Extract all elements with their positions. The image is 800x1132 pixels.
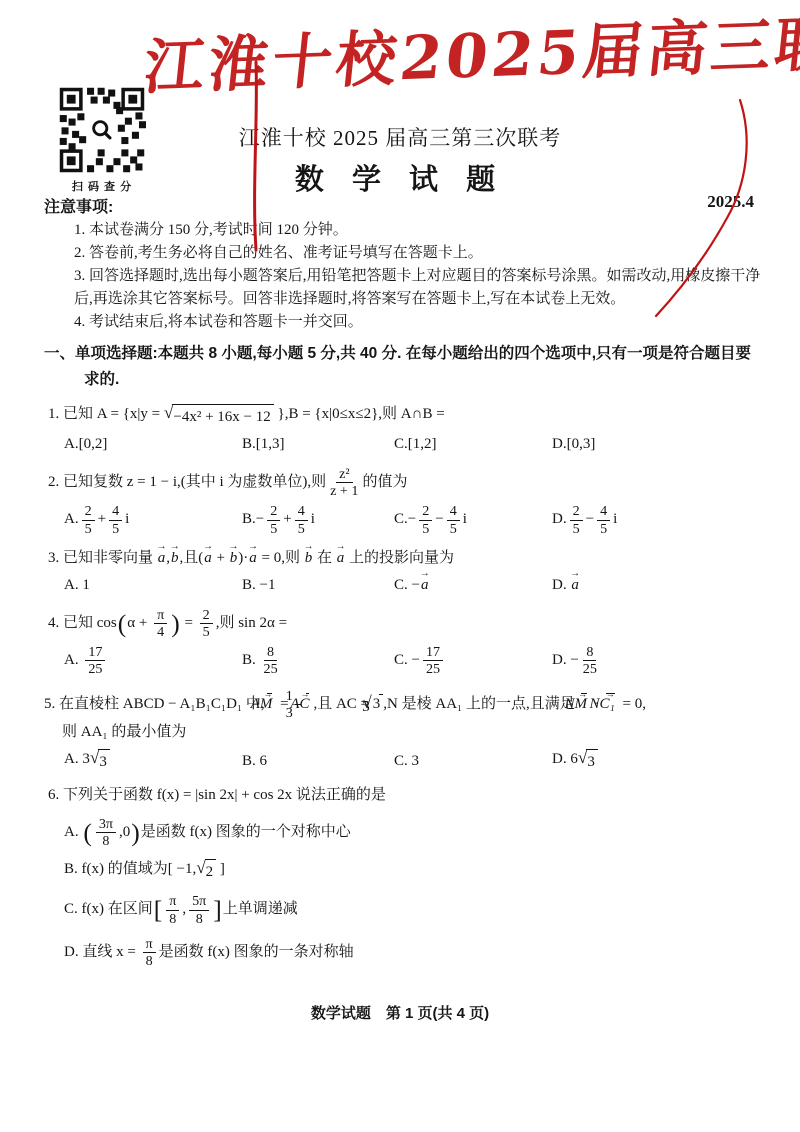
option-d: D. a (552, 574, 762, 597)
q2-stem-post: 的值为 (362, 474, 407, 490)
fraction: 25 (82, 503, 95, 536)
qr-caption: 扫 码 查 分 (52, 176, 152, 199)
denominator: 5 (599, 521, 608, 537)
stem-text: 在 (313, 550, 336, 566)
stem-text: )· (238, 550, 248, 566)
right-bracket: ] (213, 895, 222, 924)
vector-NM: NM (581, 693, 590, 716)
denominator: 5 (84, 521, 93, 537)
denominator: 25 (582, 661, 598, 677)
fraction: 25 (419, 503, 432, 536)
vector-a: a (203, 547, 213, 570)
left-bracket: [ (154, 895, 163, 924)
question-2-options: A.25+45i B.−25+45i C.−25−45i D.25−45i (44, 503, 762, 536)
option-text: 上单调递减 (223, 902, 298, 918)
fraction: 25 (570, 503, 583, 536)
red-handwriting-watermark: 江淮十校2025届高三联考 (141, 8, 800, 104)
suffix: i (125, 512, 129, 528)
denominator: 5 (572, 521, 581, 537)
option-label: D. − (552, 652, 579, 668)
denominator: 8 (145, 953, 154, 969)
paper-body: 注意事项: 1. 本试卷满分 150 分,考试时间 120 分钟。 2. 答卷前… (44, 196, 762, 969)
question-4-options: A. 1725 B. 825 C. −1725 D. −825 (44, 644, 762, 677)
option-text: 是函数 f(x) 图象的一个对称中心 (141, 824, 351, 840)
option-text: ,0 (119, 824, 130, 840)
fraction: 25 (267, 503, 280, 536)
fraction: 3π8 (96, 816, 116, 849)
question-1: 1. 已知 A = {x|y = √−4x² + 16x − 12 },B = … (44, 403, 762, 429)
denominator: 5 (421, 521, 430, 537)
stem-text: α + (127, 615, 151, 631)
option-c: C. −a (394, 574, 552, 597)
sqrt-expression: √−4x² + 16x − 12 (164, 404, 274, 429)
stem-text: 则 AA₁ 的最小值为 (62, 724, 186, 740)
numerator: 2 (200, 607, 213, 624)
fraction: 45 (295, 503, 308, 536)
option-b: B. 825 (242, 644, 394, 677)
fraction: z²z + 1 (329, 466, 359, 499)
fraction: 1725 (85, 644, 105, 677)
q1-stem-post: },B = {x|0≤x≤2},则 A∩B = (274, 406, 445, 422)
sqrt-expression: √3 (90, 749, 110, 774)
radicand: 3 (586, 749, 598, 774)
option-c: C. 3 (394, 750, 552, 773)
numerator: 5π (189, 893, 209, 910)
option-label: D. 6 (552, 751, 578, 767)
notice-item: 3. 回答选择题时,选出每小题答案后,用铅笔把答题卡上对应题目的答案标号涂黑。如… (44, 265, 762, 311)
option-label: C. (394, 512, 408, 528)
right-paren: ) (131, 818, 140, 847)
question-6: 6. 下列关于函数 f(x) = |sin 2x| + cos 2x 说法正确的… (44, 784, 762, 807)
option-b: B. 6 (242, 750, 394, 773)
sqrt-expression: √2 (196, 859, 216, 884)
option-a: A. 3√3 (64, 748, 242, 774)
option-a: A. 1725 (64, 644, 242, 677)
left-paren: ( (118, 609, 127, 638)
denominator: 5 (202, 624, 211, 640)
denominator: 5 (269, 521, 278, 537)
fraction: π8 (166, 893, 179, 926)
numerator: 8 (264, 644, 277, 661)
vector-a: a (420, 574, 430, 597)
option-d: D. 6√3 (552, 748, 762, 774)
option-label: D. (552, 577, 570, 593)
option-a: A.[0,2] (64, 433, 242, 456)
vector-a: a (157, 547, 167, 570)
option-text: B. f(x) 的值域为[ −1, (64, 861, 196, 877)
question-5: 5. 在直棱柱 ABCD − A₁B₁C₁D₁ 中,AM = 13AC,且 AC… (44, 688, 762, 744)
suffix: i (311, 512, 315, 528)
option-label: A. (64, 512, 79, 528)
denominator: z + 1 (329, 483, 359, 499)
denominator: 5 (111, 521, 120, 537)
option-d: D.25−45i (552, 503, 762, 536)
operator: − (586, 512, 594, 528)
exam-paper-page: 江淮十校2025届高三联考 (0, 0, 800, 1132)
numerator: 4 (597, 503, 610, 520)
option-d: D.[0,3] (552, 433, 762, 456)
operator: + (98, 512, 106, 528)
fraction: 825 (582, 644, 598, 677)
question-5-options: A. 3√3 B. 6 C. 3 D. 6√3 (44, 748, 762, 774)
notice-item: 1. 本试卷满分 150 分,考试时间 120 分钟。 (44, 219, 762, 242)
fraction: 1725 (423, 644, 443, 677)
option-text: 是函数 f(x) 图象的一条对称轴 (159, 944, 354, 960)
option-label: A. (64, 824, 82, 840)
numerator: 8 (583, 644, 596, 661)
option-text: C. f(x) 在区间 (64, 902, 153, 918)
fraction: π8 (143, 936, 156, 969)
numerator: 2 (267, 503, 280, 520)
stem-text: ,则 sin 2α = (216, 615, 287, 631)
numerator: 2 (82, 503, 95, 520)
vector-a: a (570, 574, 580, 597)
operator: − (435, 512, 443, 528)
stem-text: 4. 已知 cos (48, 615, 117, 631)
option-text: ] (216, 861, 225, 877)
qr-code-pattern-icon (58, 86, 146, 174)
option-label: C. − (394, 652, 420, 668)
denominator: 25 (263, 661, 279, 677)
sqrt-expression: √3 (578, 749, 598, 774)
denominator: 5 (449, 521, 458, 537)
stem-text: = 0,则 (258, 550, 304, 566)
fraction: 45 (447, 503, 460, 536)
denominator: 8 (168, 911, 177, 927)
option-a: A.25+45i (64, 503, 242, 536)
vector-AM: AM (267, 693, 275, 716)
equals: = (181, 615, 197, 631)
numerator: π (143, 936, 156, 953)
option-b: B.−25+45i (242, 503, 394, 536)
numerator: 3π (96, 816, 116, 833)
option-b: B. −1 (242, 574, 394, 597)
option-label: B. (242, 652, 260, 668)
stem-text: ,N 是棱 AA₁ 上的一点,且满足 (383, 696, 578, 712)
option-label: C. − (394, 577, 420, 593)
denominator: 4 (156, 624, 165, 640)
numerator: 4 (109, 503, 122, 520)
vector-b: b (170, 547, 180, 570)
radicand: 3 (98, 749, 110, 774)
notice-heading: 注意事项: (44, 196, 762, 219)
option-label: A. 3 (64, 751, 90, 767)
question-6-option-b: B. f(x) 的值域为[ −1,√2 ] (44, 858, 762, 884)
option-label: A. (64, 652, 82, 668)
vector-AC: AC (306, 693, 311, 716)
question-6-option-c: C. f(x) 在区间[π8,5π8]上单调递减 (44, 893, 762, 926)
sign: − (256, 512, 264, 528)
question-3: 3. 已知非零向量 a,b,且(a + b)·a = 0,则 b 在 a 上的投… (44, 547, 762, 570)
option-d: D. −825 (552, 644, 762, 677)
numerator: π (166, 893, 179, 910)
section-heading: 一、单项选择题:本题共 8 小题,每小题 5 分,共 40 分. 在每小题给出的… (44, 341, 762, 393)
question-6-option-d: D. 直线 x = π8是函数 f(x) 图象的一条对称轴 (44, 936, 762, 969)
denominator: 8 (195, 911, 204, 927)
suffix: i (613, 512, 617, 528)
numerator: 17 (423, 644, 443, 661)
denominator: 8 (101, 833, 110, 849)
stem-text: 5. 在直棱柱 ABCD − A₁B₁C₁D₁ 中, (44, 696, 265, 712)
question-3-options: A. 1 B. −1 C. −a D. a (44, 574, 762, 597)
vector-b: b (304, 547, 314, 570)
stem-text: 上的投影向量为 (345, 550, 454, 566)
operator: + (283, 512, 291, 528)
numerator: 17 (85, 644, 105, 661)
q1-stem-pre: 1. 已知 A = {x|y = (48, 406, 164, 422)
fraction: 45 (597, 503, 610, 536)
q2-stem-pre: 2. 已知复数 z = 1 − i,(其中 i 为虚数单位),则 (48, 474, 326, 490)
stem-text: = 0, (619, 696, 646, 712)
suffix: i (463, 512, 467, 528)
numerator: π (154, 607, 167, 624)
numerator: z² (336, 466, 352, 483)
notice-item: 4. 考试结束后,将本试卷和答题卡一并交回。 (44, 311, 762, 334)
radicand: 2 (205, 859, 217, 884)
option-a: A. 1 (64, 574, 242, 597)
page-footer: 数学试题 第 1 页(共 4 页) (0, 1002, 800, 1025)
numerator: 2 (570, 503, 583, 520)
vector-a: a (336, 547, 346, 570)
numerator: 2 (419, 503, 432, 520)
denominator: 25 (87, 661, 103, 677)
sign: − (408, 512, 416, 528)
vector-NC1: NC₁ (606, 693, 617, 716)
vector-a: a (248, 547, 258, 570)
numerator: 4 (447, 503, 460, 520)
question-1-options: A.[0,2] B.[1,3] C.[1,2] D.[0,3] (44, 433, 762, 456)
stem-text: 3. 已知非零向量 (48, 550, 157, 566)
notice-item: 2. 答卷前,考生务必将自己的姓名、准考证号填写在答题卡上。 (44, 242, 762, 265)
option-label: B. (242, 512, 256, 528)
numerator: 4 (295, 503, 308, 520)
option-c: C.−25−45i (394, 503, 552, 536)
option-label: D. (552, 512, 567, 528)
stem-text: + (213, 550, 229, 566)
fraction: π4 (154, 607, 167, 640)
option-c: C.[1,2] (394, 433, 552, 456)
question-2: 2. 已知复数 z = 1 − i,(其中 i 为虚数单位),则z²z + 1的… (44, 466, 762, 499)
question-6-option-a: A. (3π8,0)是函数 f(x) 图象的一个对称中心 (44, 816, 762, 849)
question-4: 4. 已知 cos(α + π4) = 25,则 sin 2α = (44, 607, 762, 640)
option-text: , (182, 902, 186, 918)
fraction: 825 (263, 644, 279, 677)
fraction: 45 (109, 503, 122, 536)
option-b: B.[1,3] (242, 433, 394, 456)
option-c: C. −1725 (394, 644, 552, 677)
denominator: 25 (425, 661, 441, 677)
right-paren: ) (171, 609, 180, 638)
vector-b: b (229, 547, 239, 570)
left-paren: ( (83, 818, 92, 847)
option-text: D. 直线 x = (64, 944, 140, 960)
radicand: −4x² + 16x − 12 (172, 404, 273, 429)
qr-code (58, 86, 146, 174)
fraction: 5π8 (189, 893, 209, 926)
stem-text: ,且( (180, 550, 204, 566)
fraction: 25 (200, 607, 213, 640)
